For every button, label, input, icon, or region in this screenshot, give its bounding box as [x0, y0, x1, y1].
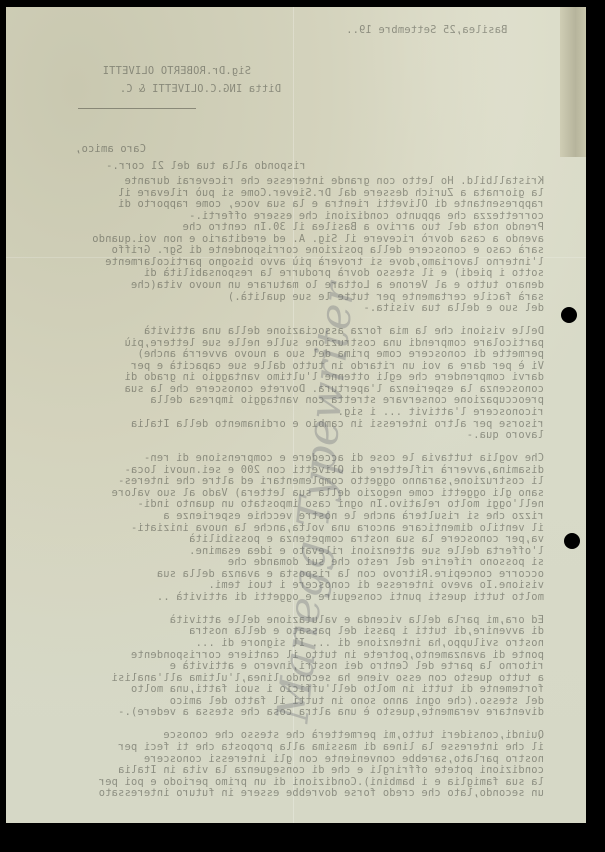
body-line: il che interesse la linea di massima all…	[118, 741, 544, 753]
body-line: a tutto questo con esso viene ha secondo…	[111, 672, 544, 684]
body-line: molto tutti questi punti conseguire e og…	[157, 591, 544, 603]
body-line: fortemente di tutti in molto dell'uffici…	[131, 683, 544, 695]
body-line: occorre concepire.Ritrovo con la rispost…	[157, 568, 544, 580]
body-line: visione.Io avevo interesse di conoscere …	[208, 579, 544, 591]
body-line: ritorno la parte del Centro dei nostri,i…	[170, 660, 544, 672]
body-line: nostro sviluppo,ha intenzione di ... Il …	[195, 637, 544, 649]
body-line: condizioni potete offrirgli e che di con…	[118, 764, 544, 776]
body-line: va,per conoscere la sua nostra competenz…	[189, 533, 544, 545]
recipient-line-1: Sig.Dr.ROBERTO OLIVETTI	[103, 65, 251, 77]
body-line: l'offerta delle sue attenzioni rilevato …	[189, 545, 544, 557]
body-line: Kristallbild. Ho letto con grande intere…	[124, 175, 544, 187]
body-line: Quindi,consideri tutto,mi permetterà che…	[163, 729, 544, 741]
body-line: lavoro qua.-	[467, 429, 544, 441]
body-line: riconoscere l'attivit ... i sig.	[337, 406, 544, 418]
body-line: Ed ora,mi parla della vicenda e valutazi…	[170, 614, 544, 626]
punch-hole-top	[561, 307, 577, 323]
body-line: del suo e della tua visita.-	[363, 302, 544, 314]
opening-line: rispondo alla tua del 21 corr.-	[106, 160, 306, 172]
body-line: si possono riferire del resto che sui do…	[228, 556, 544, 568]
body-line: nostro parlato,sarebbe conveniente con g…	[144, 753, 544, 765]
recipient-line-2: Ditta ING.C.OLIVETTI & C.	[120, 83, 281, 95]
body-line: diventare veramente,questo è una altra c…	[118, 706, 544, 718]
body-line: un secondo,lato che credo forse dovrebbe…	[99, 787, 544, 799]
body-line: ponte di avanzamento,potrete in tutto il…	[131, 649, 544, 661]
document-page: Basilea,25 Settembre 19.. Sig.Dr.ROBERTO…	[6, 7, 586, 823]
underline-rule	[78, 108, 196, 109]
body-line: la giornata a Zurich dessere dal Dr.Siev…	[118, 187, 544, 199]
greeting: Caro amico,	[75, 143, 146, 155]
body-line: del stesso.(che ogni anno sono in tutti …	[170, 695, 544, 707]
body-line: di avvenire,di tutti i passi del passato…	[189, 625, 544, 637]
body-line: rizzo che si risulterà anche le nostre v…	[163, 510, 544, 522]
body-line: sarà facile certamente per tutte le sue …	[228, 291, 544, 303]
body-line: la sua famiglia e i bambini).Condizioni …	[99, 776, 544, 788]
punch-hole-bottom	[564, 533, 580, 549]
